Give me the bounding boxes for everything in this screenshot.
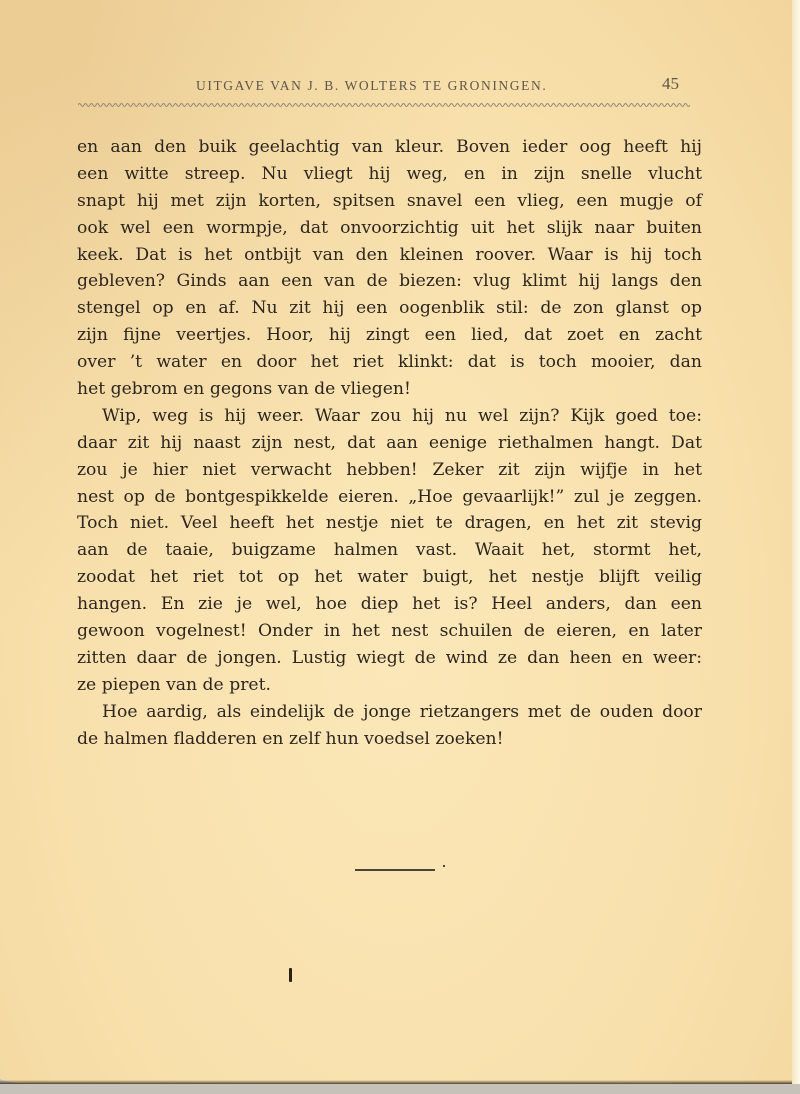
- text-line: Wip, weg is hij weer. Waar zou hij nu we…: [77, 403, 702, 430]
- text-line: snapt hij met zijn korten, spitsen snave…: [77, 188, 702, 215]
- text-line: de halmen fladderen en zelf hun voedsel …: [77, 726, 702, 753]
- running-head: UITGAVE VAN J. B. WOLTERS TE GRONINGEN.: [196, 78, 696, 94]
- text-line: het gebrom en gegons van de vliegen!: [77, 376, 702, 403]
- text-line: zijn fijne veertjes. Hoor, hij zingt een…: [77, 322, 702, 349]
- book-page: UITGAVE VAN J. B. WOLTERS TE GRONINGEN. …: [0, 0, 792, 1084]
- text-line: ze piepen van de pret.: [77, 672, 702, 699]
- text-line: zoodat het riet tot op het water buigt, …: [77, 564, 702, 591]
- text-line: zitten daar de jongen. Lustig wiegt de w…: [77, 645, 702, 672]
- wavy-rule-divider: [78, 100, 690, 110]
- ink-mark: [289, 968, 292, 982]
- text-line: aan de taaie, buigzame halmen vast. Waai…: [77, 537, 702, 564]
- text-line: hangen. En zie je wel, hoe diep het is? …: [77, 591, 702, 618]
- text-line: gewoon vogelnest! Onder in het nest schu…: [77, 618, 702, 645]
- text-line: stengel op en af. Nu zit hij een oogenbl…: [77, 295, 702, 322]
- page-edge: [792, 0, 800, 1084]
- text-line: ook wel een wormpje, dat onvoorzichtig u…: [77, 215, 702, 242]
- text-line: gebleven? Ginds aan een van de biezen: v…: [77, 268, 702, 295]
- text-line: Toch niet. Veel heeft het nestje niet te…: [77, 510, 702, 537]
- text-line: keek. Dat is het ontbijt van den kleinen…: [77, 242, 702, 269]
- text-line: over ’t water en door het riet klinkt: d…: [77, 349, 702, 376]
- text-line: Hoe aardig, als eindelijk de jonge rietz…: [77, 699, 702, 726]
- body-text: en aan den buik geelachtig van kleur. Bo…: [77, 134, 702, 752]
- text-line: en aan den buik geelachtig van kleur. Bo…: [77, 134, 702, 161]
- page-number: 45: [662, 74, 679, 94]
- text-line: zou je hier niet verwacht hebben! Zeker …: [77, 457, 702, 484]
- end-of-text-rule: [355, 869, 435, 871]
- text-line: nest op de bontgespikkelde eieren. „Hoe …: [77, 484, 702, 511]
- text-line: een witte streep. Nu vliegt hij weg, en …: [77, 161, 702, 188]
- text-line: daar zit hij naast zijn nest, dat aan ee…: [77, 430, 702, 457]
- ink-speck: [443, 865, 445, 867]
- scan-background: [0, 1084, 800, 1094]
